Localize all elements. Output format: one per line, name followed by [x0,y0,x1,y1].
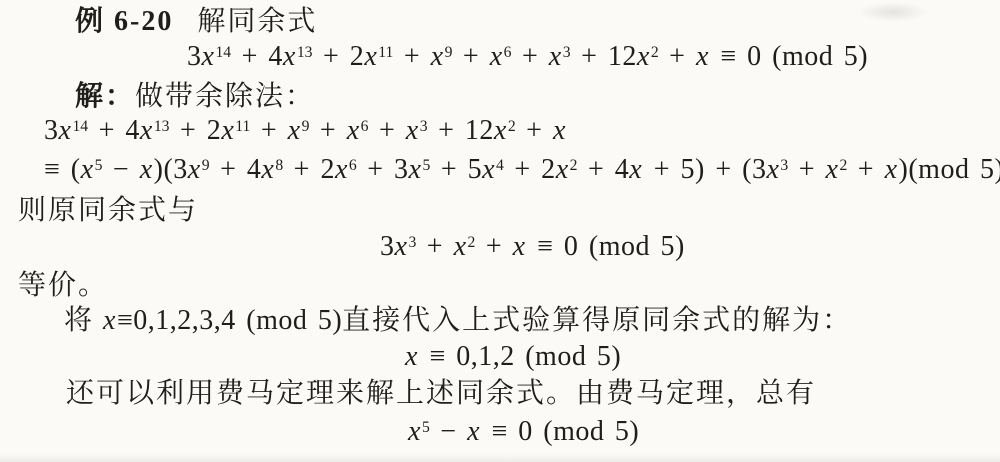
substitute-paragraph: 将 x≡0,1,2,3,4 (mod 5)直接代入上式验算得原同余式的解为： [64,306,852,337]
example-label: 例 6-20 [75,6,173,37]
equiv-intro-text: 则原同余式与 [18,196,198,227]
scan-smudge-artifact [858,2,928,22]
substitute-suffix: 直接代入上式验算得原同余式的解为： [342,305,852,336]
solution-label: 解： [75,81,135,112]
equiv-close-text: 等价。 [18,271,108,302]
example-heading: 例 6-20解同余式 [75,7,317,38]
formula-substitute-inline: x≡0,1,2,3,4 (mod 5) [103,305,342,336]
scan-bottom-shade [0,454,1000,462]
fermat-paragraph: 还可以利用费马定理来解上述同余式。由费马定理，总有 [66,379,816,410]
formula-reduced-congruence: 3x3 + x2 + x ≡ 0 (mod 5) [380,232,685,263]
formula-division-rhs: ≡ (x5 − x)(3x9 + 4x8 + 2x6 + 3x5 + 5x4 +… [44,155,1000,186]
example-title: 解同余式 [197,6,317,37]
formula-division-lhs: 3x14 + 4x13 + 2x11 + x9 + x6 + x3 + 12x2… [44,116,567,147]
substitute-prefix: 将 [64,305,103,336]
solution-heading: 解：做带余除法： [75,82,315,113]
textbook-page: 例 6-20解同余式 3x14 + 4x13 + 2x11 + x9 + x6 … [0,0,1000,462]
formula-fermat: x5 − x ≡ 0 (mod 5) [408,417,639,448]
solution-intro: 做带余除法： [135,81,315,112]
formula-solutions: x ≡ 0,1,2 (mod 5) [405,342,621,373]
formula-original-congruence: 3x14 + 4x13 + 2x11 + x9 + x6 + x3 + 12x2… [187,42,868,73]
